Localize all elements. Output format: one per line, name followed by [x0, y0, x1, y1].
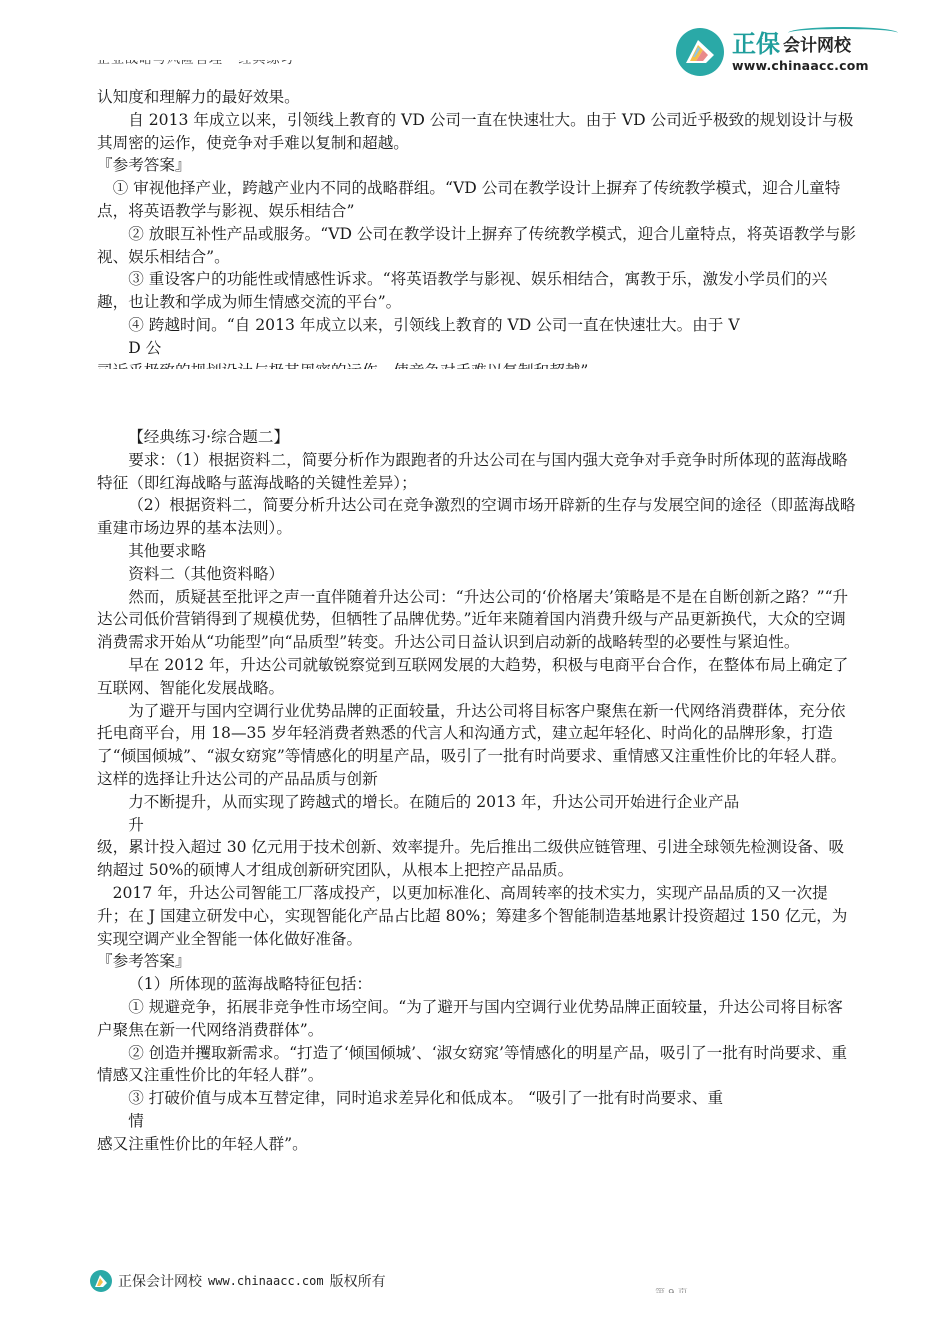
answer-item: ③ 打破价值与成本互替定律，同时追求差异化和低成本。 “吸引了一批有时尚要求、重	[97, 1087, 857, 1110]
material-paragraph: 升	[97, 814, 857, 837]
footer-logo-icon	[90, 1270, 112, 1292]
answer-item: ② 创造并攫取新需求。“打造了‘倾国倾城’、‘淑女窈窕’等情感化的明星产品，吸引…	[97, 1042, 857, 1088]
answer-label: 『参考答案』	[97, 950, 857, 973]
document-page: 企业战略与风险管理 · 经典练习 正保 会计网校 www.chinaacc.co…	[0, 0, 950, 1344]
material-paragraph: 级，累计投入超过 30 亿元用于技术创新、效率提升。先后推出二级供应链管理、引进…	[97, 836, 857, 882]
answer-item: （1）所体现的蓝海战略特征包括：	[97, 973, 857, 996]
logo-brand: 正保	[732, 31, 780, 57]
paragraph: 认知度和理解力的最好效果。	[97, 86, 857, 109]
material-paragraph: 2017 年，升达公司智能工厂落成投产，以更加标准化、高周转率的技术实力，实现产…	[97, 882, 857, 950]
logo-emblem-icon	[676, 28, 724, 76]
material-paragraph: 早在 2012 年，升达公司就敏锐察觉到互联网发展的大趋势，积极与电商平台合作，…	[97, 654, 857, 700]
page-number: 第 9 页	[655, 1288, 688, 1293]
material-paragraph: 为了避开与国内空调行业优势品牌的正面较量，升达公司将目标客户聚焦在新一代网络消费…	[97, 700, 857, 791]
answer-item: ③ 重设客户的功能性或情感性诉求。“将英语教学与影视、娱乐相结合，寓教于乐，激发…	[97, 268, 857, 314]
section-1: 认知度和理解力的最好效果。 自 2013 年成立以来，引领线上教育的 VD 公司…	[97, 86, 857, 369]
answer-item: ① 审视他择产业，跨越产业内不同的战略群组。“VD 公司在教学设计上摒弃了传统教…	[97, 177, 857, 223]
exercise-title: 【经典练习·综合题二】	[97, 426, 857, 449]
material-heading: 资料二（其他资料略）	[97, 563, 857, 586]
footer-brand: 正保会计网校	[118, 1271, 202, 1291]
answer-item-continuation: D 公	[97, 337, 857, 360]
material-paragraph: 然而，质疑甚至批评之声一直伴随着升达公司：“升达公司的‘价格屠夫’策略是不是在自…	[97, 586, 857, 654]
section-2: 【经典练习·综合题二】 要求：（1）根据资料二，简要分析作为跟跑者的升达公司在与…	[97, 426, 857, 1156]
logo-arc-decoration	[788, 27, 898, 39]
answer-label: 『参考答案』	[97, 154, 857, 177]
answer-item-continuation: 感又注重性价比的年轻人群”。	[97, 1133, 857, 1156]
requirement: 其他要求略	[97, 540, 857, 563]
chinaacc-logo: 正保 会计网校 www.chinaacc.com	[676, 28, 869, 76]
answer-item: ① 规避竞争，拓展非竞争性市场空间。“为了避开与国内空调行业优势品牌正面较量，升…	[97, 996, 857, 1042]
requirement: （2）根据资料二，简要分析升达公司在竞争激烈的空调市场开辟新的生存与发展空间的途…	[97, 494, 857, 540]
answer-item: ④ 跨越时间。“自 2013 年成立以来，引领线上教育的 VD 公司一直在快速壮…	[97, 314, 857, 337]
footer-rights: 版权所有	[330, 1271, 386, 1291]
paragraph: 自 2013 年成立以来，引领线上教育的 VD 公司一直在快速壮大。由于 VD …	[97, 109, 857, 155]
material-paragraph: 力不断提升，从而实现了跨越式的增长。在随后的 2013 年，升达公司开始进行企业…	[97, 791, 857, 814]
logo-url: www.chinaacc.com	[732, 58, 869, 73]
page-number-text: 第 9 页	[655, 1288, 688, 1293]
clipped-line: 司近乎极致的规划设计与极其周密的运作，使竞争对手难以复制和超越”	[97, 360, 857, 369]
footer-url[interactable]: www.chinaacc.com	[208, 1274, 324, 1288]
requirement: 要求：（1）根据资料二，简要分析作为跟跑者的升达公司在与国内强大竞争对手竞争时所…	[97, 449, 857, 495]
answer-item: ② 放眼互补性产品或服务。“VD 公司在教学设计上摒弃了传统教学模式，迎合儿童特…	[97, 223, 857, 269]
running-header-text: 企业战略与风险管理 · 经典练习	[97, 60, 347, 66]
page-footer: 正保会计网校 www.chinaacc.com 版权所有	[90, 1270, 386, 1292]
answer-item-continuation: 情	[97, 1110, 857, 1133]
running-header: 企业战略与风险管理 · 经典练习	[97, 60, 347, 68]
